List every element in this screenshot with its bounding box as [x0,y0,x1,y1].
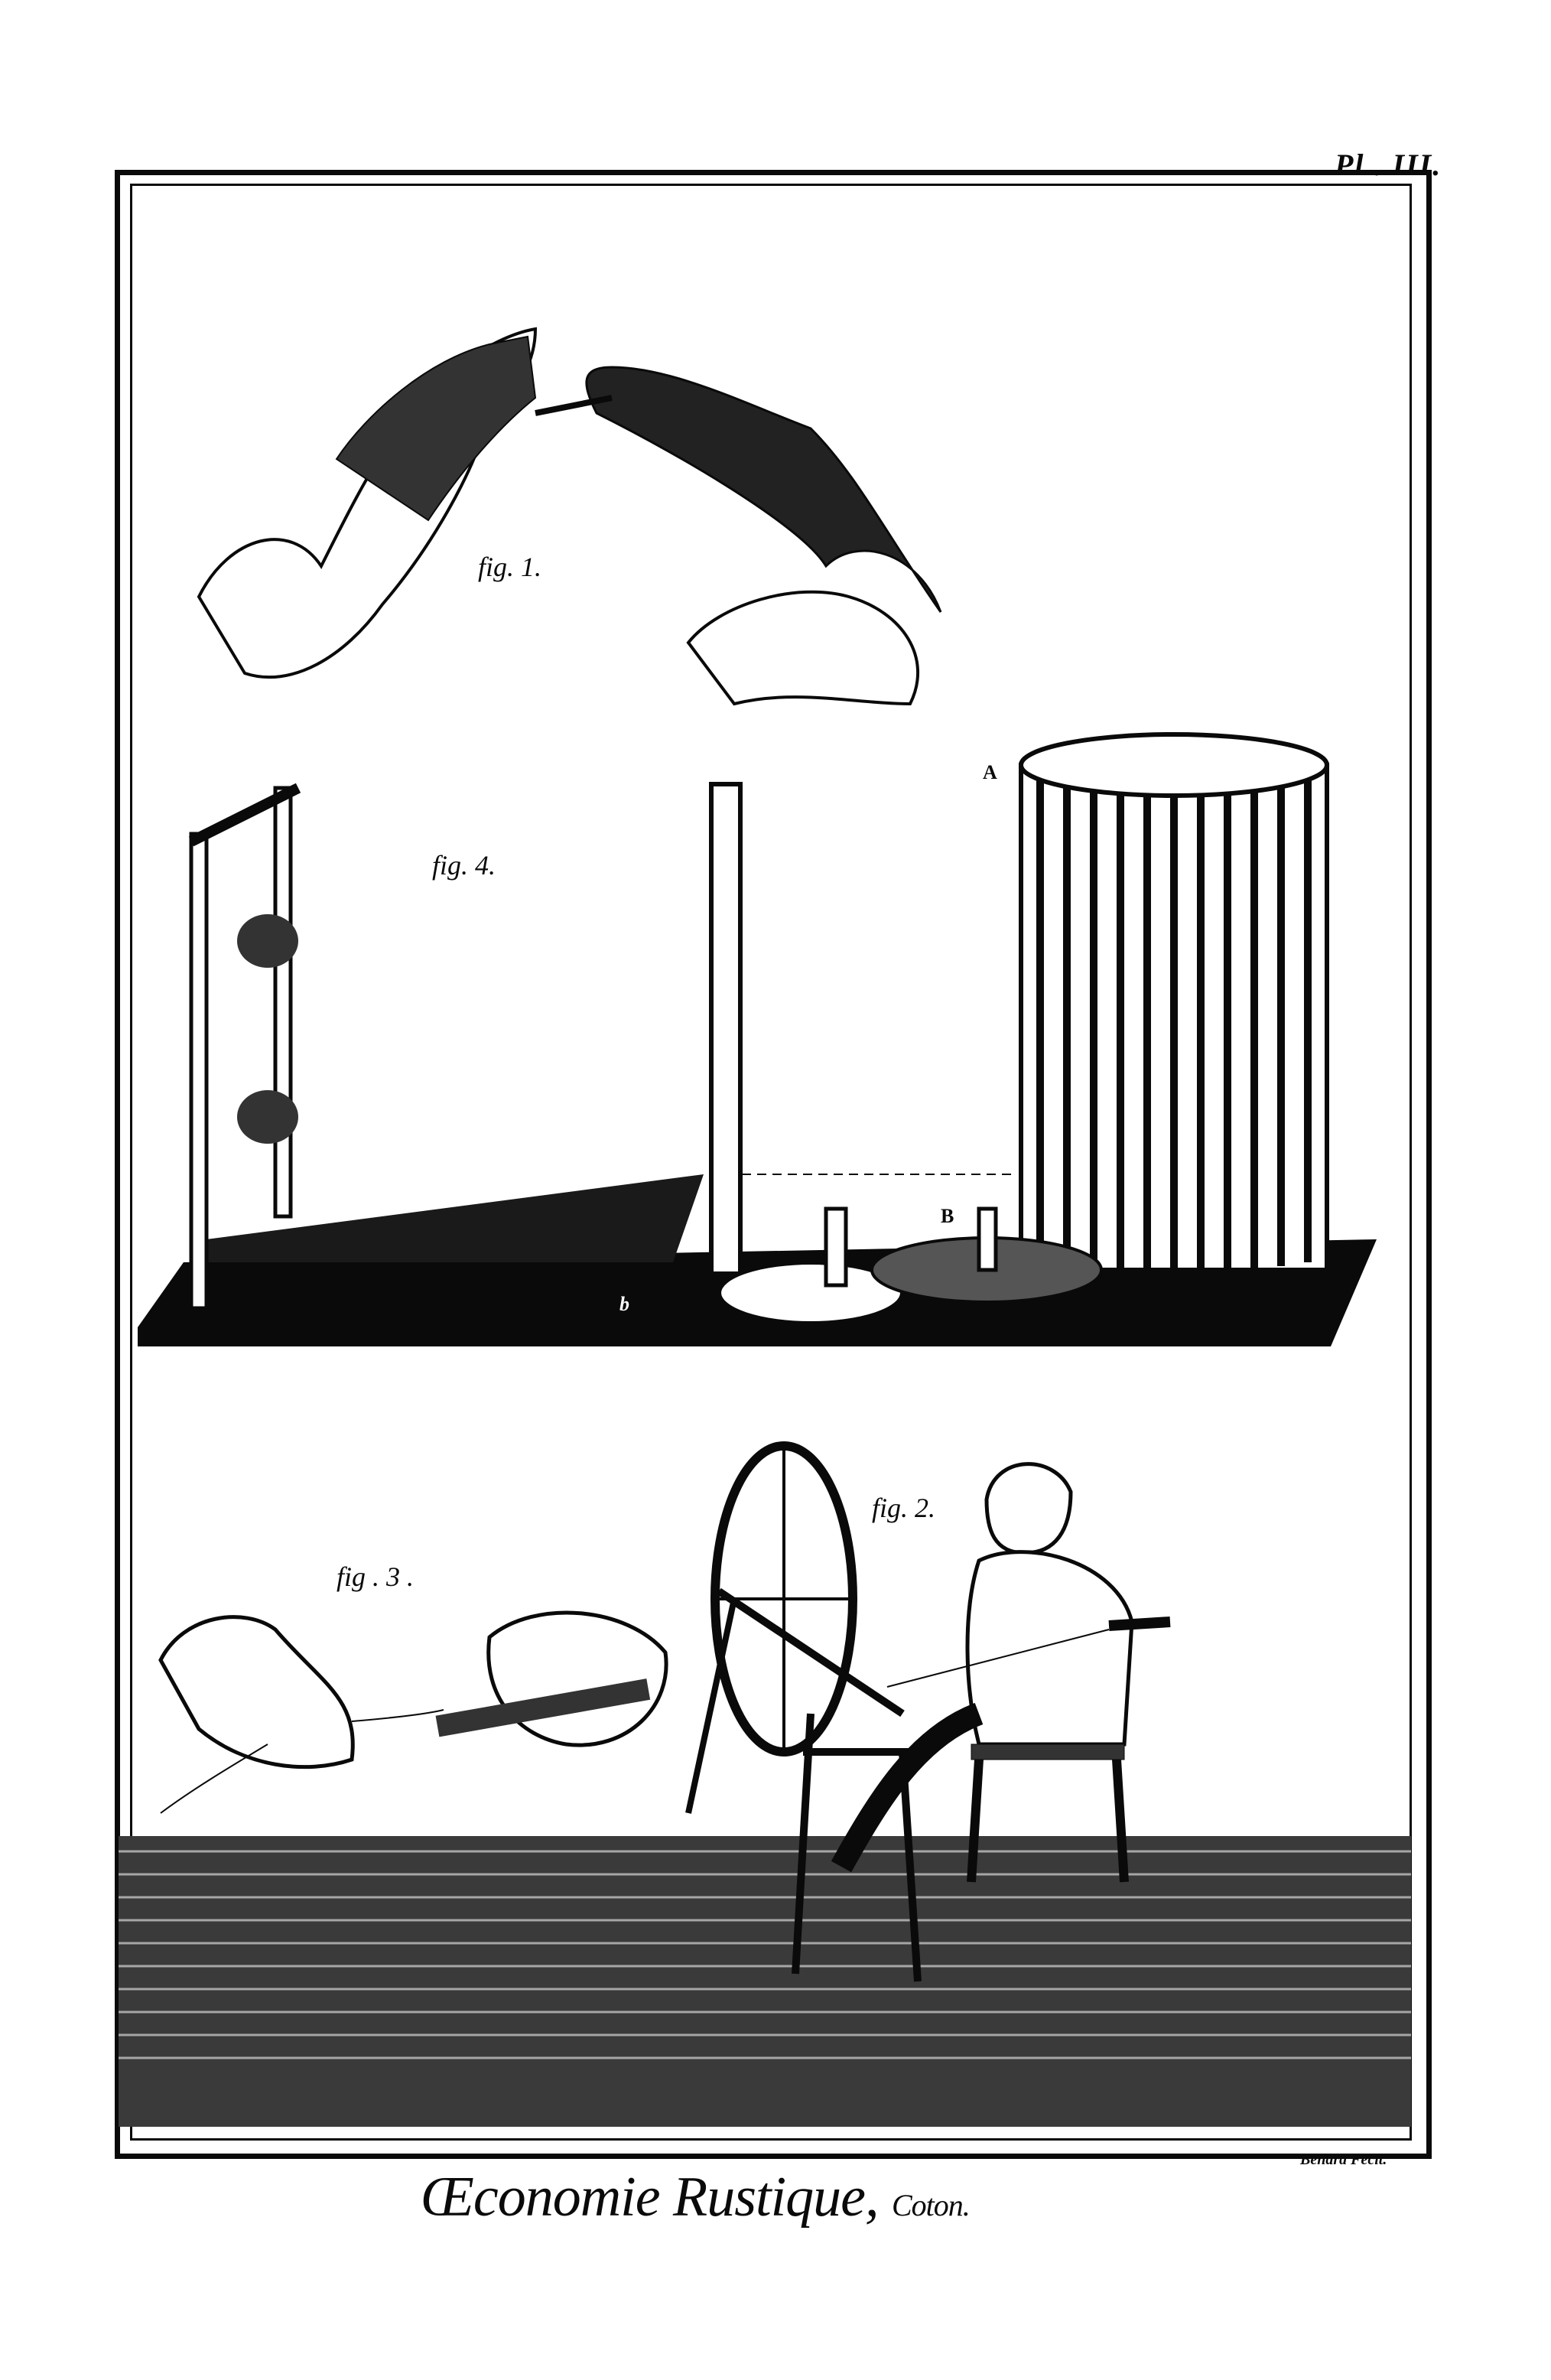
machine-letter-a-lower: a [738,1278,748,1301]
machine-letter-c-upper: C [784,1281,798,1304]
engraver-credit: Benard Fecit. [1300,2151,1387,2169]
fig3-label: fig . 3 . [337,1561,414,1593]
machine-letter-b-lower: b [619,1293,629,1316]
plate-title: Œconomie Rustique, Coton. [421,2165,970,2230]
floor-hatching [119,1836,1411,2127]
fig3-hands-illustration [161,1613,666,1813]
fig2-label: fig. 2. [872,1492,935,1524]
fig1-hands-illustration [199,329,941,704]
plate-title-subtitle: Coton. [892,2188,970,2222]
engraving-artwork [0,0,1551,2380]
plate-title-main: Œconomie Rustique, [421,2166,879,2229]
fig4-winding-machine [138,734,1377,1346]
machine-letter-b-upper: B [941,1205,954,1228]
machine-letter-a-upper: A [983,761,997,784]
fig1-label: fig. 1. [478,551,541,583]
fig4-label: fig. 4. [432,849,496,881]
